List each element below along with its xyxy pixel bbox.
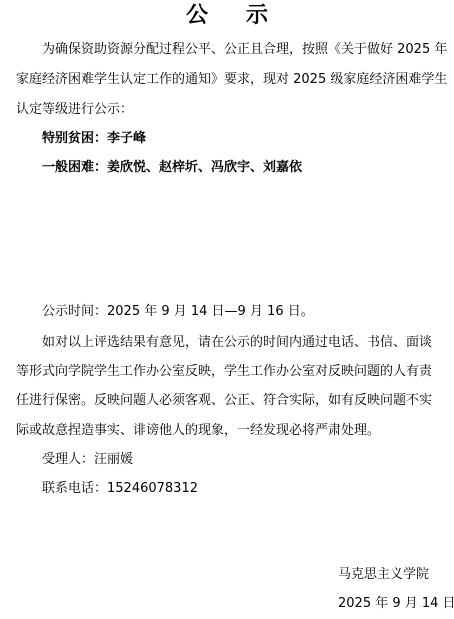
- general-hardship-row: 一般困难：姜欣悦、赵梓圻、冯欣宇、刘嘉依: [42, 159, 454, 177]
- general-hardship-label: 一般困难：: [42, 160, 107, 175]
- page-title: 公示: [0, 1, 454, 29]
- objection-line-3: 任进行保密。反映问题人必须客观、公正、符合实际，如有反映问题不实: [16, 392, 437, 410]
- general-hardship-names: 姜欣悦、赵梓圻、冯欣宇、刘嘉依: [107, 160, 302, 175]
- signature-organization: 马克思主义学院: [338, 566, 429, 584]
- objection-line-1: 如对以上评选结果有意见，请在公示的时间内通过电话、书信、面谈: [42, 334, 437, 352]
- special-hardship-label: 特别贫困：: [42, 131, 107, 146]
- receiver: 受理人：汪丽媛: [42, 451, 454, 469]
- intro-line-1: 为确保资助资源分配过程公平、公正且合理，按照《关于做好 2025 年: [42, 41, 437, 59]
- publicity-period: 公示时间：2025 年 9 月 14 日—9 月 16 日。: [42, 303, 454, 321]
- title-char-1: 公: [186, 1, 208, 29]
- signature-date: 2025 年 9 月 14 日: [338, 595, 454, 613]
- objection-line-2: 等形式向学院学生工作办公室反映，学生工作办公室对反映问题的人有责: [16, 363, 437, 381]
- intro-line-2: 家庭经济困难学生认定工作的通知》要求，现对 2025 级家庭经济困难学生: [16, 71, 437, 89]
- special-hardship-row: 特别贫困：李子峰: [42, 130, 454, 148]
- objection-line-4: 际或故意捏造事实、诽谤他人的现象，一经发现必将严肃处理。: [16, 422, 437, 440]
- contact-phone: 联系电话：15246078312: [42, 480, 454, 498]
- special-hardship-names: 李子峰: [107, 131, 146, 146]
- intro-line-3: 认定等级进行公示：: [16, 101, 437, 119]
- title-char-2: 示: [246, 1, 268, 29]
